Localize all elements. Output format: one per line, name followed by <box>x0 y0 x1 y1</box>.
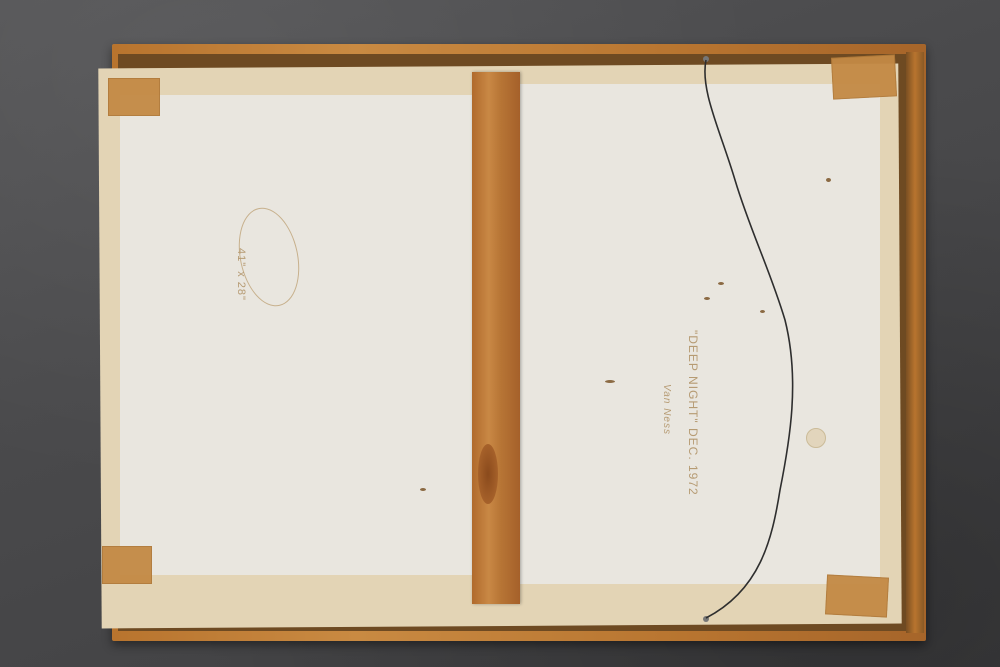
label-sticker <box>806 428 826 448</box>
dimensions-inscription: 41" x 28" <box>235 248 247 301</box>
tape-corner-top-left <box>108 78 160 116</box>
frame-right-rail <box>906 52 924 633</box>
stain-spot <box>605 380 615 383</box>
tape-corner-bottom-right <box>825 574 889 617</box>
title-inscription: "DEEP NIGHT" DEC. 1972 <box>686 330 700 496</box>
stain-spot <box>718 282 724 285</box>
wood-knot <box>478 444 498 504</box>
signature-inscription: Van Ness <box>661 384 672 435</box>
stain-spot <box>420 488 426 491</box>
center-wooden-brace <box>472 72 520 604</box>
backing-board-left <box>120 95 476 575</box>
tape-corner-top-right <box>831 54 897 99</box>
stain-spot <box>704 297 710 300</box>
stain-spot <box>826 178 831 182</box>
stain-spot <box>760 310 765 313</box>
wire-hanger-top <box>703 56 709 62</box>
tape-corner-bottom-left <box>102 546 152 584</box>
wire-hanger-bottom <box>703 616 709 622</box>
